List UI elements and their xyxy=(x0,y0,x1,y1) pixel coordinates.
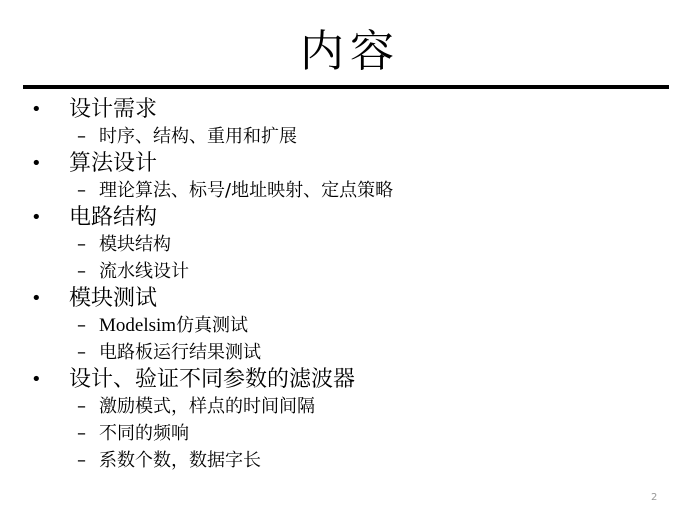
bullet-list: • 设计需求 – 时序、结构、重用和扩展 • 算法设计 – 理论算法、标号/地址… xyxy=(0,96,700,474)
bullet-icon: • xyxy=(31,96,42,123)
sub-bullet-text: 理论算法、标号/地址映射、定点策略 xyxy=(99,177,393,204)
bullet-item: • 电路结构 xyxy=(0,204,700,231)
sub-bullet-item: – 模块结构 xyxy=(0,231,700,258)
sub-bullet-item: – 激励模式，样点的时间间隔 xyxy=(0,393,700,420)
sub-bullet-text: Modelsim仿真测试 xyxy=(99,312,248,339)
bullet-item: • 模块测试 xyxy=(0,285,700,312)
bullet-icon: • xyxy=(31,285,42,312)
sub-bullet-text: 激励模式，样点的时间间隔 xyxy=(99,393,315,420)
dash-icon: – xyxy=(77,339,86,366)
dash-icon: – xyxy=(77,312,86,339)
bullet-icon: • xyxy=(31,366,42,393)
bullet-text: 电路结构 xyxy=(69,204,157,231)
dash-icon: – xyxy=(77,123,86,150)
sub-bullet-item: – 时序、结构、重用和扩展 xyxy=(0,123,700,150)
sub-bullet-item: – 系数个数，数据字长 xyxy=(0,447,700,474)
bullet-item: • 设计、验证不同参数的滤波器 xyxy=(0,366,700,393)
sub-bullet-item: – 电路板运行结果测试 xyxy=(0,339,700,366)
bullet-icon: • xyxy=(31,204,42,231)
dash-icon: – xyxy=(77,420,86,447)
bullet-text: 设计、验证不同参数的滤波器 xyxy=(69,366,355,393)
title-divider xyxy=(23,85,669,89)
dash-icon: – xyxy=(77,258,86,285)
bullet-item: • 设计需求 xyxy=(0,96,700,123)
sim-test-text: 仿真测试 xyxy=(176,315,248,336)
sub-bullet-item: – 不同的频响 xyxy=(0,420,700,447)
sub-bullet-item: – 流水线设计 xyxy=(0,258,700,285)
sub-bullet-text: 流水线设计 xyxy=(99,258,189,285)
sub-bullet-text: 时序、结构、重用和扩展 xyxy=(99,123,297,150)
dash-icon: – xyxy=(77,177,86,204)
dash-icon: – xyxy=(77,393,86,420)
modelsim-text: Modelsim xyxy=(99,315,176,336)
bullet-icon: • xyxy=(31,150,42,177)
page-number: 2 xyxy=(651,492,657,503)
sub-bullet-text: 系数个数，数据字长 xyxy=(99,447,261,474)
sub-bullet-text: 不同的频响 xyxy=(99,420,189,447)
sub-bullet-item: – 理论算法、标号/地址映射、定点策略 xyxy=(0,177,700,204)
sub-bullet-text: 模块结构 xyxy=(99,231,171,258)
dash-icon: – xyxy=(77,231,86,258)
bullet-text: 算法设计 xyxy=(69,150,157,177)
sub-bullet-text: 电路板运行结果测试 xyxy=(99,339,261,366)
slide-title: 内容 xyxy=(0,24,700,80)
bullet-text: 设计需求 xyxy=(69,96,157,123)
dash-icon: – xyxy=(77,447,86,474)
sub-bullet-item: – Modelsim仿真测试 xyxy=(0,312,700,339)
bullet-text: 模块测试 xyxy=(69,285,157,312)
bullet-item: • 算法设计 xyxy=(0,150,700,177)
